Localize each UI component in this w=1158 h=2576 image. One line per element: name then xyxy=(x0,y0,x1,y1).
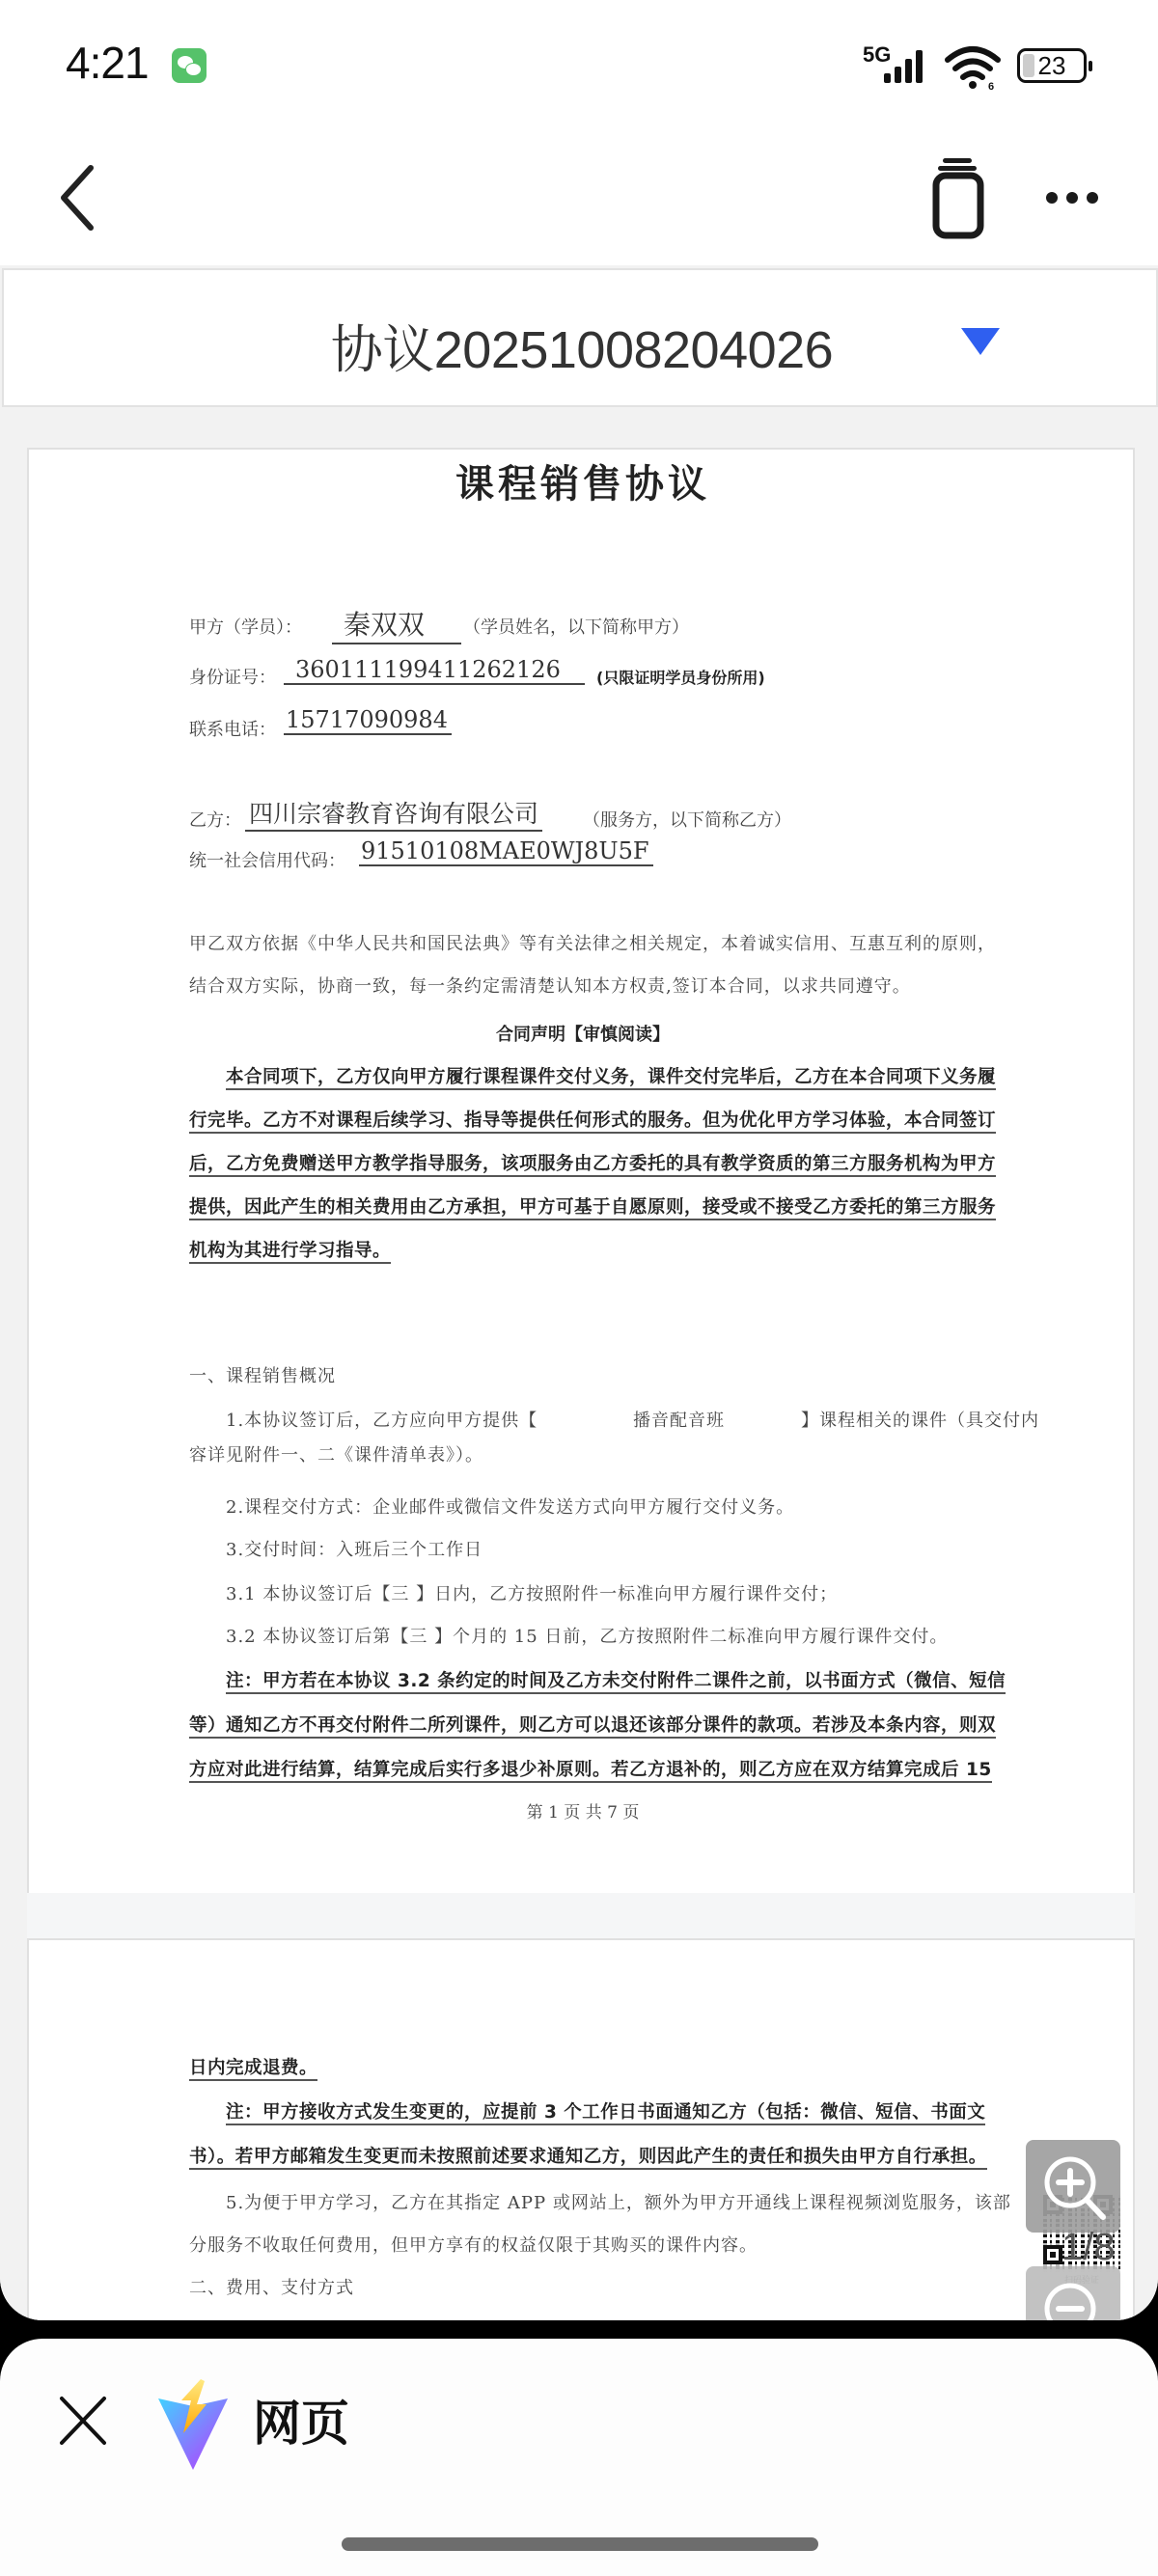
party-b-label: 乙方： xyxy=(189,807,241,832)
close-icon[interactable] xyxy=(54,2391,112,2451)
back-chevron-icon[interactable] xyxy=(48,154,106,241)
page-footer: 第 1 页 共 7 页 xyxy=(29,1798,1137,1822)
item-3-1: 3.1 本协议签订后【三 】日内，乙方按照附件一标准向甲方履行课件交付； xyxy=(226,1580,838,1605)
preamble-line-2: 结合双方实际，协商一致，每一条约定需清楚认知本方权责,签订本合同，以求共同遵守。 xyxy=(189,973,911,998)
item-5-line-1: 5.为便于甲方学习，乙方在其指定 APP 或网站上，额外为甲方开通线上课程视频浏… xyxy=(226,2189,1011,2214)
nav-bar xyxy=(0,125,1158,265)
item-2: 2.课程交付方式：企业邮件或微信文件发送方式向甲方履行交付义务。 xyxy=(226,1494,794,1519)
id-number-value: 360111199411262126 xyxy=(284,656,585,685)
statement-heading: 合同声明【审慎阅读】 xyxy=(29,1021,1137,1046)
status-time: 4:21 xyxy=(66,37,149,89)
wifi-icon: 6 xyxy=(944,44,1002,91)
id-number-label: 身份证号： xyxy=(189,664,276,689)
battery-level: 23 xyxy=(1020,51,1084,80)
section-1-heading: 一、课程销售概况 xyxy=(189,1362,336,1387)
section-2-heading: 二、费用、支付方式 xyxy=(189,2274,354,2299)
wechat-notification-icon xyxy=(172,48,207,83)
statement-line-2: 行完毕。乙方不对课程后续学习、指导等提供任何形式的服务。但为优化甲方学习体验，本… xyxy=(189,1107,996,1134)
note-1-line-1: 注：甲方若在本协议 3.2 条约定的时间及乙方未交付附件二课件之前，以书面方式（… xyxy=(226,1667,1006,1694)
statement-line-3: 后，乙方免费赠送甲方教学指导服务，该项服务由乙方委托的具有教学资质的第三方服务机… xyxy=(189,1150,996,1177)
note-2-line-2: 书）。若甲方邮箱发生变更而未按照前述要求通知乙方，则因此产生的责任和损失由甲方自… xyxy=(189,2143,987,2170)
credit-code-value: 91510108MAE0WJ8U5F xyxy=(359,837,653,866)
note-1-line-2: 等）通知乙方不再交付附件二所列课件，则乙方可以退还该部分课件的款项。若涉及本条内… xyxy=(189,1712,996,1739)
pdf-viewer[interactable]: 课程销售协议 甲方（学员）： 秦双双 （学员姓名，以下简称甲方） 身份证号： 3… xyxy=(0,409,1158,2320)
note-1-end: 日内完成退费。 xyxy=(189,2054,317,2081)
zoom-in-icon[interactable] xyxy=(1026,2140,1120,2233)
svg-text:6: 6 xyxy=(988,81,994,91)
pdf-page-2: 日内完成退费。 注：甲方接收方式发生变更的，应提前 3 个工作日书面通知乙方（包… xyxy=(27,1938,1135,2320)
phone-value: 15717090984 xyxy=(284,706,452,735)
item-5-line-2: 分服务不收取任何费用，但甲方享有的权益仅限于其购买的课件内容。 xyxy=(189,2232,758,2257)
bottom-sheet: 网页 xyxy=(0,2339,1158,2576)
vite-logo-icon xyxy=(154,2377,232,2474)
status-bar: 4:21 5G 6 23 xyxy=(0,0,1158,125)
item-1-suffix: 】课程相关的课件（具交付内 xyxy=(801,1407,1039,1432)
battery-icon: 23 xyxy=(1017,48,1087,83)
item-1-line-2: 容详见附件一、二《课件清单表》）。 xyxy=(189,1441,483,1466)
document-selector-dropdown[interactable]: 协议20251008204026 xyxy=(2,268,1158,407)
page-separator xyxy=(27,1893,1135,1941)
pdf-page-1: 课程销售协议 甲方（学员）： 秦双双 （学员姓名，以下简称甲方） 身份证号： 3… xyxy=(27,448,1135,1899)
course-name: 播音配音班 xyxy=(633,1407,725,1432)
app-screen: 4:21 5G 6 23 xyxy=(0,0,1158,2320)
contract-title: 课程销售协议 xyxy=(29,453,1137,508)
item-3-2: 3.2 本协议签订后第【三 】个月的 15 日前，乙方按照附件二标准向甲方履行课… xyxy=(226,1623,948,1648)
note-1-line-3: 方应对此进行结算，结算完成后实行多退少补原则。若乙方退补的，则乙方应在双方结算完… xyxy=(189,1756,992,1783)
phone-label: 联系电话： xyxy=(189,716,276,741)
party-b-name: 四川宗睿教育咨询有限公司 xyxy=(245,795,542,832)
party-a-label: 甲方（学员）： xyxy=(189,614,302,639)
item-3: 3.交付时间：入班后三个工作日 xyxy=(226,1536,482,1561)
preamble-line-1: 甲乙双方依据《中华人民共和国民法典》等有关法律之相关规定，本着诚实信用、互惠互利… xyxy=(189,930,996,955)
zoom-out-icon[interactable] xyxy=(1026,2266,1120,2320)
more-options-icon[interactable] xyxy=(1038,174,1106,222)
party-a-name: 秦双双 xyxy=(332,604,461,644)
cellular-signal-icon xyxy=(882,48,928,83)
item-1-prefix: 1.本协议签订后，乙方应向甲方提供【 xyxy=(226,1407,538,1432)
statement-line-1: 本合同项下，乙方仅向甲方履行课程课件交付义务，课件交付完毕后，乙方在本合同项下义… xyxy=(226,1063,996,1090)
tabs-stack-icon[interactable] xyxy=(926,154,994,241)
party-b-suffix: （服务方，以下简称乙方） xyxy=(583,807,791,832)
statement-line-5: 机构为其进行学习指导。 xyxy=(189,1237,391,1264)
party-a-suffix: （学员姓名，以下简称甲方） xyxy=(463,614,689,639)
dropdown-caret-icon[interactable] xyxy=(961,328,1000,355)
statement-line-4: 提供，因此产生的相关费用由乙方承担，甲方可基于自愿原则，接受或不接受乙方委托的第… xyxy=(189,1193,996,1220)
id-number-note: (只限证明学员身份所用) xyxy=(596,666,765,688)
qr-finder xyxy=(1043,2245,1062,2264)
note-2-line-1: 注：甲方接收方式发生变更的，应提前 3 个工作日书面通知乙方（包括：微信、短信、… xyxy=(226,2098,985,2125)
page-indicator: 1/8 xyxy=(1061,2226,1116,2269)
home-indicator[interactable] xyxy=(342,2537,818,2551)
credit-code-label: 统一社会信用代码： xyxy=(189,847,345,872)
sheet-title: 网页 xyxy=(253,2385,349,2454)
